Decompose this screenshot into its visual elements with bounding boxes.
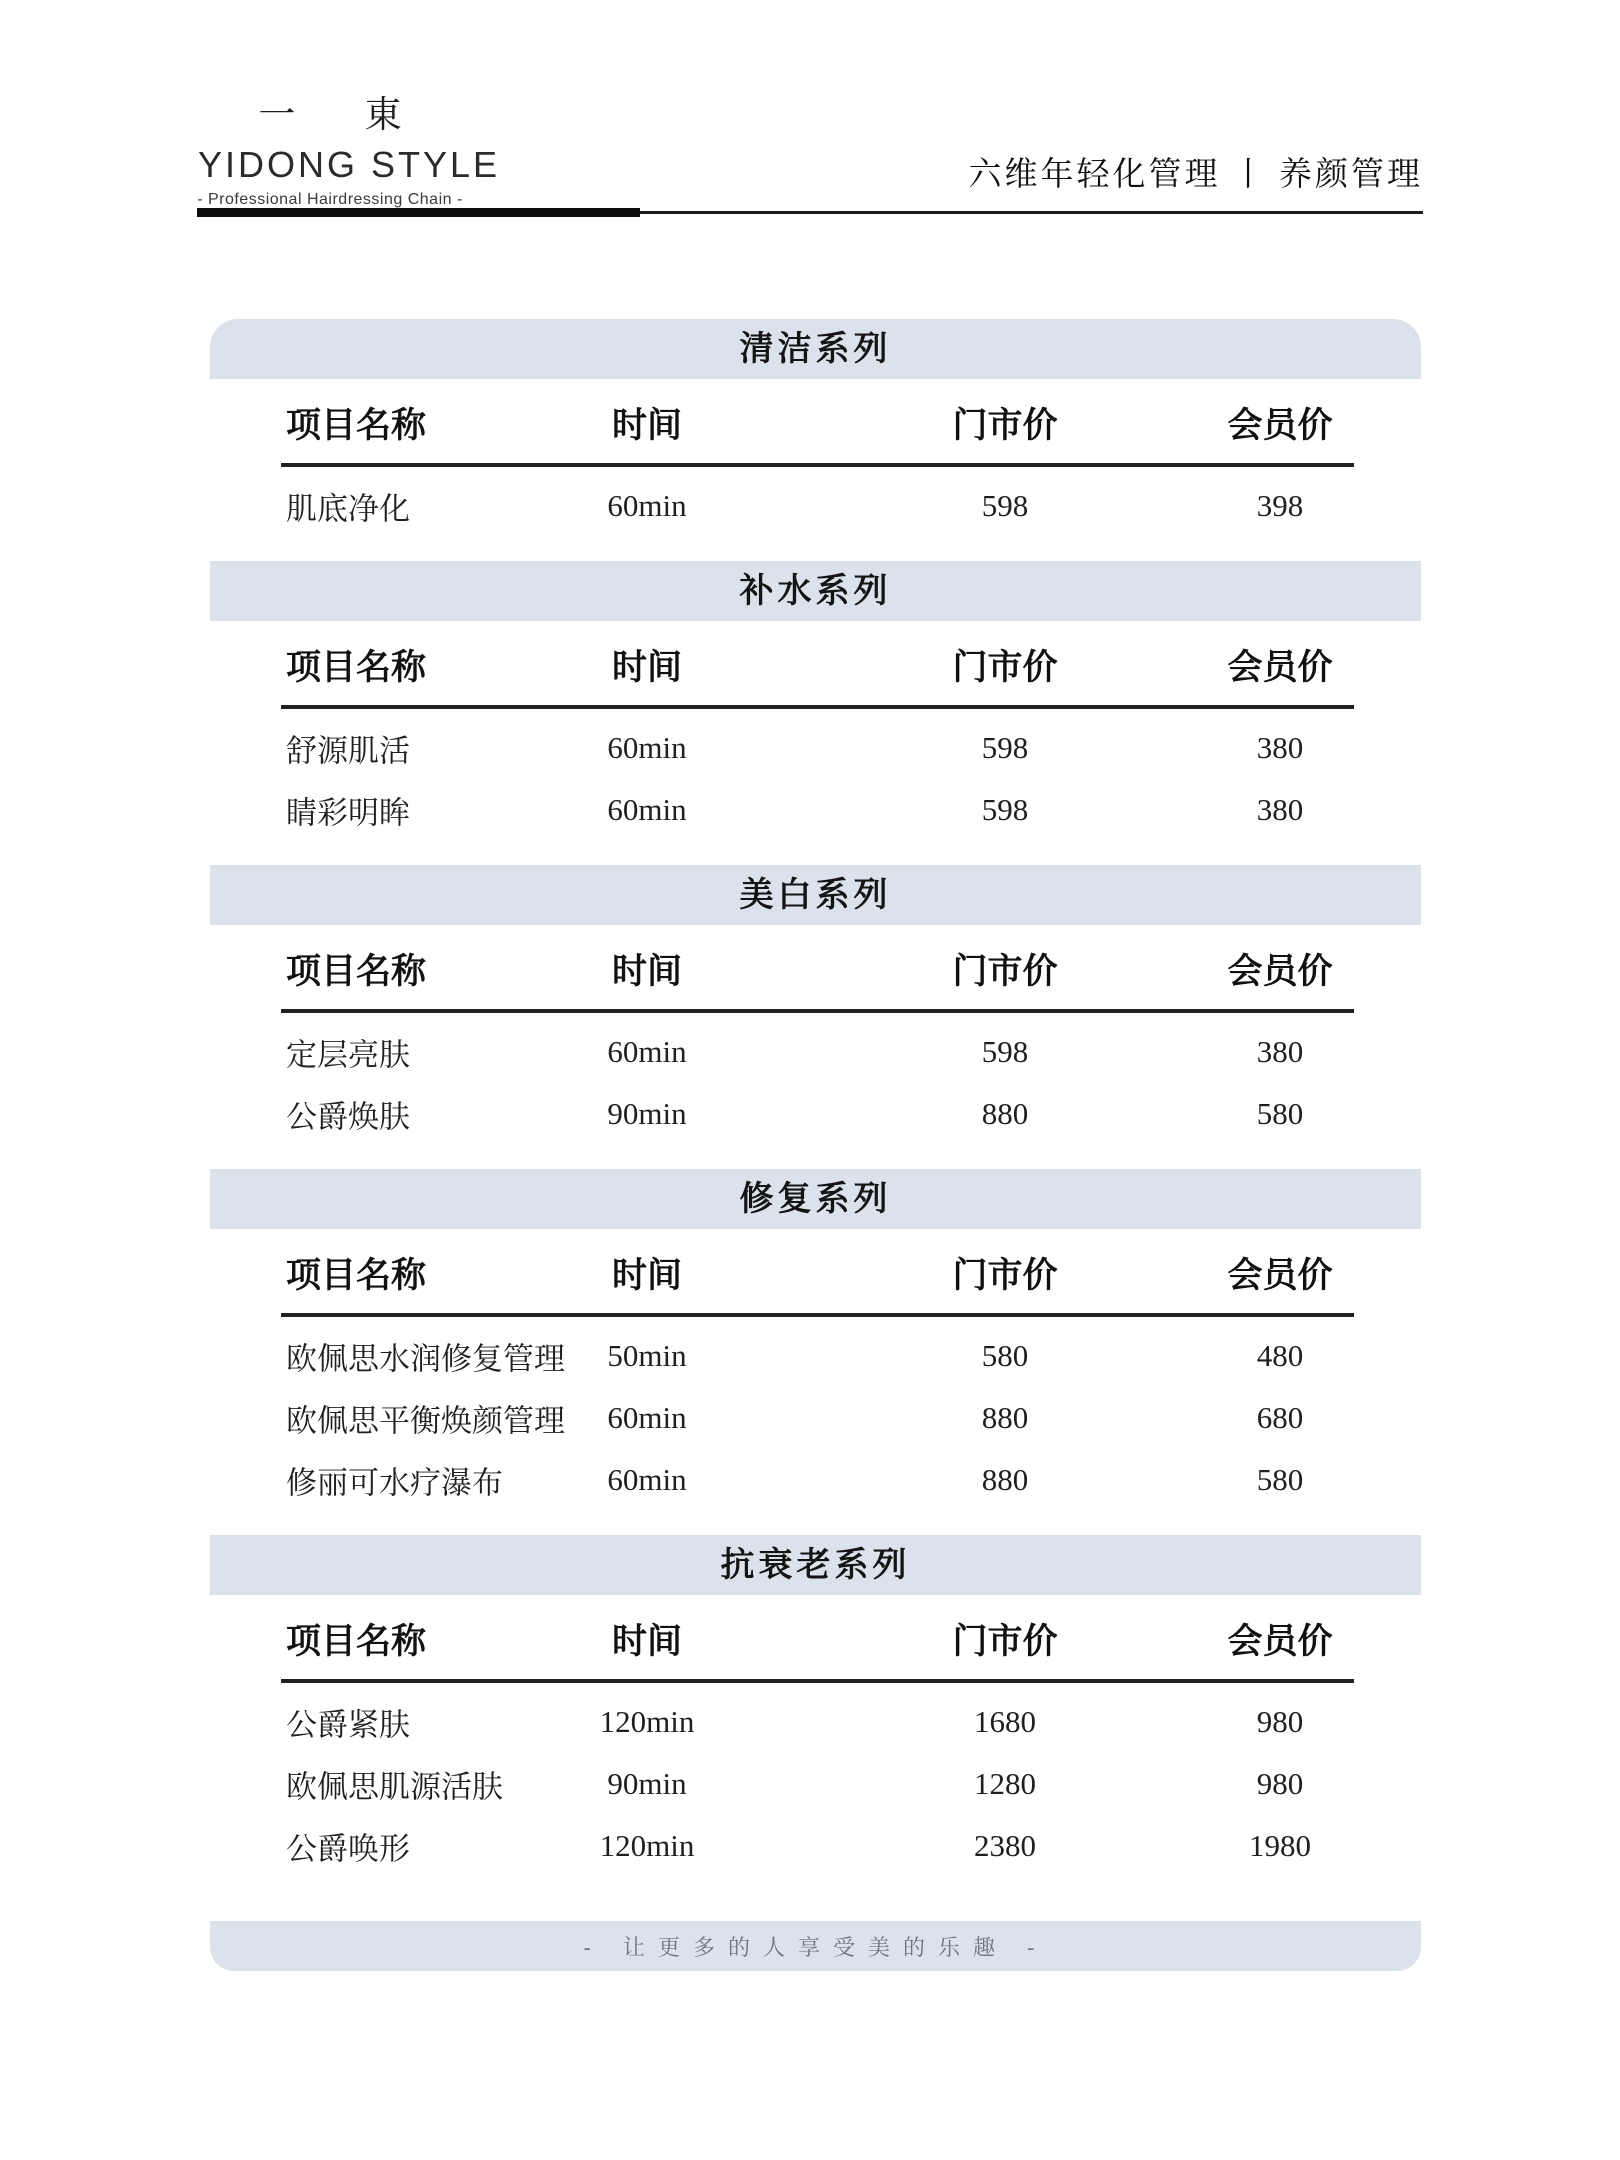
- section-title-band: 抗衰老系列: [210, 1535, 1421, 1595]
- service-row: 公爵紧肤120min1680980: [210, 1691, 1421, 1753]
- column-header-duration: 时间: [547, 944, 747, 994]
- column-header-member-price: 会员价: [1180, 398, 1380, 448]
- service-duration: 60min: [547, 792, 747, 828]
- retail-price: 598: [905, 488, 1105, 524]
- footer-slogan-band: - 让更多的人享受美的乐趣 -: [210, 1921, 1421, 1971]
- retail-price: 580: [905, 1338, 1105, 1374]
- member-price: 380: [1180, 792, 1380, 828]
- brand-logo: 一 東 YIDONG STYLE - Professional Hairdres…: [195, 84, 465, 209]
- service-duration: 120min: [547, 1828, 747, 1864]
- retail-price: 2380: [905, 1828, 1105, 1864]
- column-header-retail-price: 门市价: [905, 944, 1105, 994]
- header-underline: [281, 1313, 1354, 1317]
- sections: 清洁系列项目名称时间门市价会员价肌底净化60min598398补水系列项目名称时…: [210, 319, 1421, 1901]
- service-duration: 60min: [547, 730, 747, 766]
- page-title: 六维年轻化管理 丨 养颜管理: [969, 148, 1424, 195]
- member-price: 580: [1180, 1096, 1380, 1132]
- column-header-row: 项目名称时间门市价会员价: [210, 395, 1421, 451]
- member-price: 680: [1180, 1400, 1380, 1436]
- brand-tagline: - Professional Hairdressing Chain -: [195, 191, 465, 209]
- service-duration: 60min: [547, 1400, 747, 1436]
- section-title-band: 清洁系列: [210, 319, 1421, 379]
- section-title-band: 修复系列: [210, 1169, 1421, 1229]
- member-price: 380: [1180, 730, 1380, 766]
- retail-price: 880: [905, 1462, 1105, 1498]
- column-header-row: 项目名称时间门市价会员价: [210, 637, 1421, 693]
- retail-price: 1280: [905, 1766, 1105, 1802]
- member-price: 580: [1180, 1462, 1380, 1498]
- member-price: 380: [1180, 1034, 1380, 1070]
- header-divider: [197, 208, 1423, 217]
- column-header-duration: 时间: [547, 1248, 747, 1298]
- service-duration: 120min: [547, 1704, 747, 1740]
- column-header-retail-price: 门市价: [905, 1248, 1105, 1298]
- service-duration: 50min: [547, 1338, 747, 1374]
- service-row: 公爵唤形120min23801980: [210, 1815, 1421, 1877]
- header-underline: [281, 1009, 1354, 1013]
- member-price: 980: [1180, 1704, 1380, 1740]
- column-header-row: 项目名称时间门市价会员价: [210, 1611, 1421, 1667]
- service-row: 定层亮肤60min598380: [210, 1021, 1421, 1083]
- service-row: 公爵焕肤90min880580: [210, 1083, 1421, 1145]
- column-header-row: 项目名称时间门市价会员价: [210, 941, 1421, 997]
- retail-price: 598: [905, 730, 1105, 766]
- retail-price: 880: [905, 1400, 1105, 1436]
- price-section: 抗衰老系列项目名称时间门市价会员价公爵紧肤120min1680980欧佩思肌源活…: [210, 1535, 1421, 1877]
- service-row: 欧佩思水润修复管理50min580480: [210, 1325, 1421, 1387]
- column-header-retail-price: 门市价: [905, 398, 1105, 448]
- brand-logo-chinese: 一 東: [195, 84, 465, 138]
- column-header-member-price: 会员价: [1180, 1248, 1380, 1298]
- service-duration: 90min: [547, 1096, 747, 1132]
- price-section: 美白系列项目名称时间门市价会员价定层亮肤60min598380公爵焕肤90min…: [210, 865, 1421, 1145]
- member-price: 480: [1180, 1338, 1380, 1374]
- member-price: 398: [1180, 488, 1380, 524]
- column-header-member-price: 会员价: [1180, 1614, 1380, 1664]
- column-header-duration: 时间: [547, 640, 747, 690]
- service-row: 舒源肌活60min598380: [210, 717, 1421, 779]
- service-duration: 60min: [547, 1034, 747, 1070]
- service-row: 肌底净化60min598398: [210, 475, 1421, 537]
- retail-price: 598: [905, 1034, 1105, 1070]
- service-duration: 60min: [547, 488, 747, 524]
- header-divider-thick-bar: [197, 208, 640, 217]
- column-header-retail-price: 门市价: [905, 1614, 1105, 1664]
- price-section: 清洁系列项目名称时间门市价会员价肌底净化60min598398: [210, 319, 1421, 537]
- column-header-row: 项目名称时间门市价会员价: [210, 1245, 1421, 1301]
- column-header-member-price: 会员价: [1180, 640, 1380, 690]
- member-price: 1980: [1180, 1828, 1380, 1864]
- price-section: 修复系列项目名称时间门市价会员价欧佩思水润修复管理50min580480欧佩思平…: [210, 1169, 1421, 1511]
- retail-price: 598: [905, 792, 1105, 828]
- service-duration: 60min: [547, 1462, 747, 1498]
- service-row: 睛彩明眸60min598380: [210, 779, 1421, 841]
- column-header-duration: 时间: [547, 1614, 747, 1664]
- section-title-band: 美白系列: [210, 865, 1421, 925]
- header-underline: [281, 463, 1354, 467]
- retail-price: 1680: [905, 1704, 1105, 1740]
- service-duration: 90min: [547, 1766, 747, 1802]
- service-row: 欧佩思肌源活肤90min1280980: [210, 1753, 1421, 1815]
- section-title-band: 补水系列: [210, 561, 1421, 621]
- header-underline: [281, 1679, 1354, 1683]
- price-section: 补水系列项目名称时间门市价会员价舒源肌活60min598380睛彩明眸60min…: [210, 561, 1421, 841]
- column-header-member-price: 会员价: [1180, 944, 1380, 994]
- footer-slogan: - 让更多的人享受美的乐趣 -: [584, 1931, 1048, 1962]
- column-header-retail-price: 门市价: [905, 640, 1105, 690]
- brand-logo-english: YIDONG STYLE: [195, 144, 465, 186]
- service-row: 欧佩思平衡焕颜管理60min880680: [210, 1387, 1421, 1449]
- header-underline: [281, 705, 1354, 709]
- service-row: 修丽可水疗瀑布60min880580: [210, 1449, 1421, 1511]
- retail-price: 880: [905, 1096, 1105, 1132]
- member-price: 980: [1180, 1766, 1380, 1802]
- column-header-duration: 时间: [547, 398, 747, 448]
